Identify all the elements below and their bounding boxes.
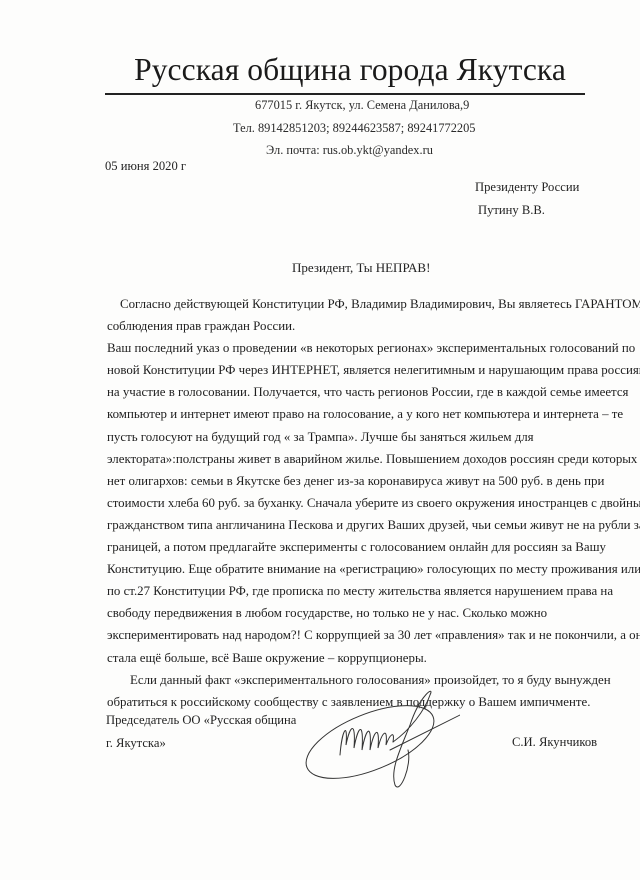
body-line: новой Конституции РФ через ИНТЕРНЕТ, явл… [107,359,607,381]
letter-heading: Президент, Ты НЕПРАВ! [292,260,430,276]
body-line: Согласно действующей Конституции РФ, Вла… [107,293,607,315]
signatory-position-line-2: г. Якутска» [106,736,166,751]
body-line: границей, а потом предлагайте эксперимен… [107,536,607,558]
recipient-line-1: Президенту России [475,180,579,195]
letter-page: Русская община города Якутска 677015 г. … [0,0,640,880]
recipient-line-2: Путину В.В. [478,203,545,218]
body-line: пусть голосуют на будущий год « за Трамп… [107,426,607,448]
signatory-name: С.И. Якунчиков [512,735,597,750]
body-line: нет олигархов: семьи в Якутске без денег… [107,470,607,492]
body-line: Конституцию. Еще обратите внимание на «р… [107,558,607,580]
body-line: соблюдения прав граждан России. [107,315,607,337]
letterhead-address: 677015 г. Якутск, ул. Семена Данилова,9 [255,98,469,113]
letterhead-email: Эл. почта: rus.ob.ykt@yandex.ru [266,143,433,158]
body-line: Ваш последний указ о проведении «в некот… [107,337,607,359]
letter-body: Согласно действующей Конституции РФ, Вла… [107,293,607,713]
letterhead-title: Русская община города Якутска [0,52,640,88]
body-line: на участие в голосовании. Получается, чт… [107,381,607,403]
body-line: по ст.27 Конституции РФ, где прописка по… [107,580,607,602]
signatory-position-line-1: Председатель ОО «Русская община [106,713,296,728]
handwritten-signature-icon [300,690,460,810]
letter-date: 05 июня 2020 г [105,159,186,174]
body-line: электората»:полстраны живет в аварийном … [107,448,607,470]
body-line: Если данный факт «экспериментального гол… [107,669,607,691]
body-line: стоимости хлеба 60 руб. за буханку. Снач… [107,492,607,514]
body-line: экспериментировать над народом?! С корру… [107,624,607,646]
body-line: свободу передвижения в любом государстве… [107,602,607,624]
body-line: стала ещё больше, всё Ваше окружение – к… [107,647,607,669]
body-line: компьютер и интернет имеют право на голо… [107,403,607,425]
body-line: гражданством типа англичанина Пескова и … [107,514,607,536]
letterhead-divider [105,93,585,95]
letterhead-phones: Тел. 89142851203; 89244623587; 892417722… [233,121,476,136]
